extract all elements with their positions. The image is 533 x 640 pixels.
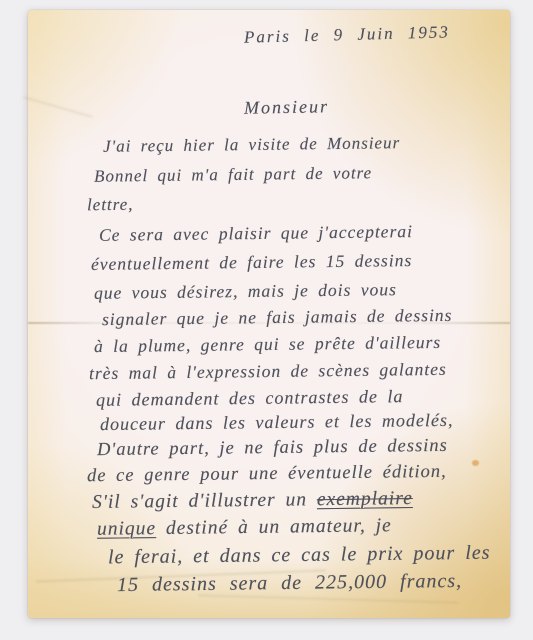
letter-line: à la plume, genre qui se prête d'ailleur… — [94, 332, 441, 357]
letter-line: 15 dessins sera de 225,000 francs, — [117, 570, 462, 597]
struck-underlined-word: exemplaire — [317, 488, 413, 510]
letter-line: Ce sera avec plaisir que j'accepterai — [99, 221, 413, 246]
letter-line: D'autre part, je ne fais plus de dessins — [97, 436, 448, 461]
letter-line: très mal à l'expression de scènes galant… — [89, 359, 447, 384]
wrinkle — [198, 594, 458, 603]
letter-line: éventuellement de faire les 15 dessins — [91, 250, 412, 275]
letter-line: S'il s'agit d'illustrer un exemplaire — [92, 488, 413, 514]
letter-line: douceur dans les valeurs et les modelés, — [100, 410, 454, 435]
line-text: destiné à un amateur, je — [156, 515, 392, 539]
letter-line: J'ai reçu hier la visite de Monsieur — [103, 133, 400, 157]
salutation: Monsieur — [244, 96, 329, 118]
letter-line: de ce genre pour une éventuelle édition, — [87, 462, 447, 487]
letter-line: signaler que je ne fais jamais de dessin… — [102, 305, 453, 330]
letter-page: Paris le 9 Juin 1953 Monsieur J'ai reçu … — [28, 10, 510, 618]
dateline: Paris le 9 Juin 1953 — [244, 22, 450, 47]
stain-spot — [472, 460, 479, 466]
line-text: S'il s'agit d'illustrer un — [92, 489, 317, 513]
wrinkle — [23, 96, 93, 118]
letter-line: lettre, — [87, 195, 134, 216]
letter-line: Bonnel qui m'a fait part de votre — [94, 163, 372, 186]
underlined-word: unique — [97, 518, 156, 540]
letter-line: le ferai, et dans ce cas le prix pour le… — [108, 542, 491, 570]
letter-line: unique destiné à un amateur, je — [97, 515, 392, 541]
letter-line: qui demandent des contrastes de la — [96, 386, 404, 411]
letter-line: que vous désirez, mais je dois vous — [94, 279, 397, 304]
scanned-letter-background: Paris le 9 Juin 1953 Monsieur J'ai reçu … — [0, 0, 533, 640]
